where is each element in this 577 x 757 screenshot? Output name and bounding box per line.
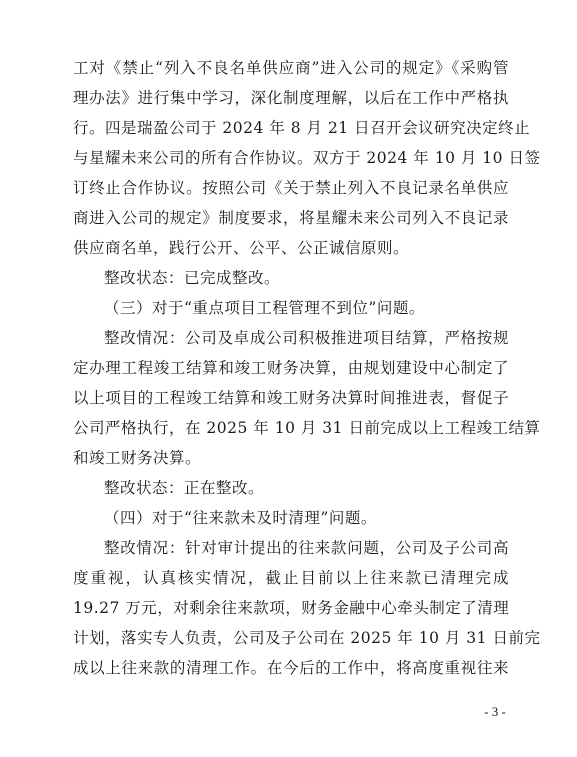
- text-line-14: 和竣工财务决算。: [73, 443, 509, 473]
- text-line-7: 供应商名单，践行公开、公平、公正诚信原则。: [73, 233, 509, 263]
- document-body: 工对《禁止“列入不良名单供应商”进入公司的规定》《采购管 理办法》进行集中学习，…: [73, 53, 509, 683]
- text-line-17: 整改情况：针对审计提出的往来款问题，公司及子公司高: [73, 533, 509, 563]
- text-line-3: 行。四是瑞盈公司于 2024 年 8 月 21 日召开会议研究决定终止: [73, 113, 509, 143]
- document-page: 工对《禁止“列入不良名单供应商”进入公司的规定》《采购管 理办法》进行集中学习，…: [0, 0, 577, 757]
- status-line-completed: 整改状态：已完成整改。: [73, 263, 509, 293]
- text-line-6: 商进入公司的规定》制度要求，将星耀未来公司列入不良记录: [73, 203, 509, 233]
- text-line-10: 整改情况：公司及卓成公司积极推进项目结算，严格按规: [73, 323, 509, 353]
- section-heading-3: （三）对于“重点项目工程管理不到位”问题。: [73, 293, 509, 323]
- text-line-19: 19.27 万元，对剩余往来款项，财务金融中心牵头制定了清理: [73, 593, 509, 623]
- text-line-12: 以上项目的工程竣工结算和竣工财务决算时间推进表，督促子: [73, 383, 509, 413]
- text-line-18: 度重视，认真核实情况，截止目前以上往来款已清理完成: [73, 563, 509, 593]
- page-number: - 3 -: [480, 702, 510, 722]
- text-line-1: 工对《禁止“列入不良名单供应商”进入公司的规定》《采购管: [73, 53, 509, 83]
- text-line-21: 成以上往来款的清理工作。在今后的工作中，将高度重视往来: [73, 653, 509, 683]
- section-heading-4: （四）对于“往来款未及时清理”问题。: [73, 503, 509, 533]
- text-line-13: 公司严格执行，在 2025 年 10 月 31 日前完成以上工程竣工结算: [73, 413, 509, 443]
- text-line-11: 定办理工程竣工结算和竣工财务决算，由规划建设中心制定了: [73, 353, 509, 383]
- text-line-20: 计划，落实专人负责，公司及子公司在 2025 年 10 月 31 日前完: [73, 623, 509, 653]
- text-line-4: 与星耀未来公司的所有合作协议。双方于 2024 年 10 月 10 日签: [73, 143, 509, 173]
- status-line-in-progress: 整改状态：正在整改。: [73, 473, 509, 503]
- text-line-5: 订终止合作协议。按照公司《关于禁止列入不良记录名单供应: [73, 173, 509, 203]
- text-line-2: 理办法》进行集中学习，深化制度理解，以后在工作中严格执: [73, 83, 509, 113]
